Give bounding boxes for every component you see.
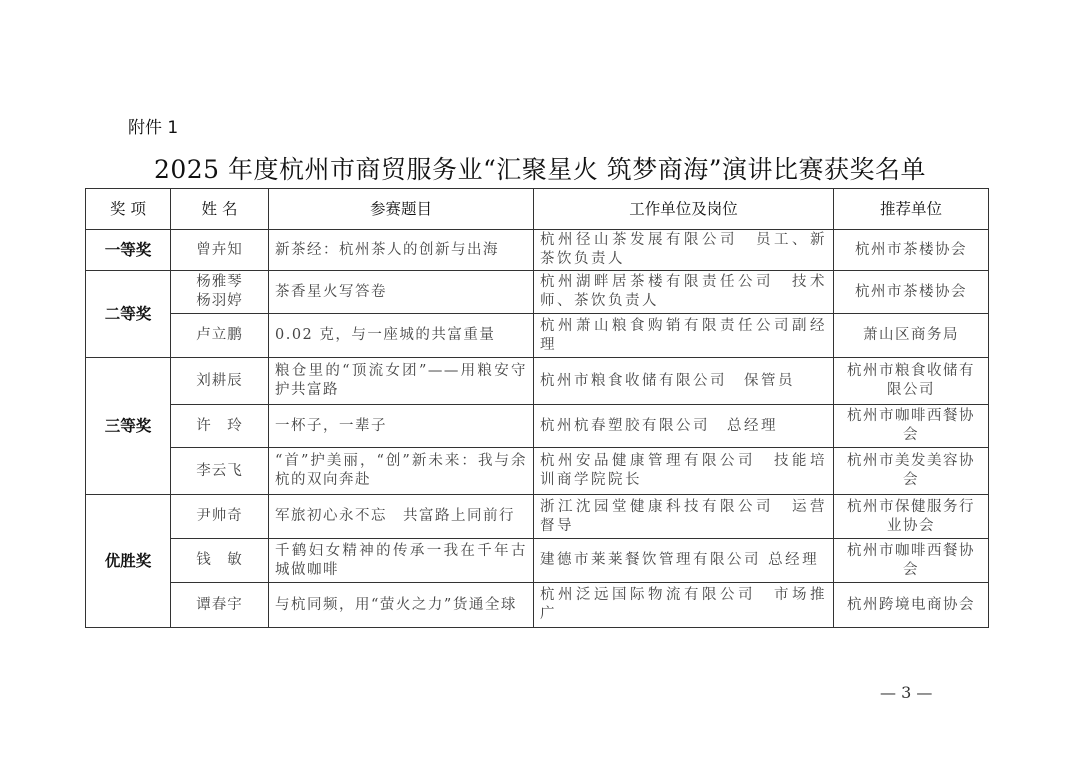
- awards-table: 奖 项 姓 名 参赛题目 工作单位及岗位 推荐单位 一等奖 曾卉知 新茶经：杭州…: [85, 188, 989, 628]
- table-row: 钱 敏 千鹤妇女精神的传承一我在千年古城做咖啡 建德市莱莱餐饮管理有限公司 总经…: [86, 539, 989, 583]
- winner-name: 刘耕辰: [171, 358, 269, 405]
- work-unit: 杭州萧山粮食购销有限责任公司副经理: [534, 314, 834, 358]
- winner-name: 钱 敏: [171, 539, 269, 583]
- table-row: 卢立鹏 0.02 克，与一座城的共富重量 杭州萧山粮食购销有限责任公司副经理 萧…: [86, 314, 989, 358]
- speech-topic: 粮仓里的“顶流女团”——用粮安守护共富路: [269, 358, 534, 405]
- speech-topic: 茶香星火写答卷: [269, 271, 534, 314]
- recommender: 杭州市保健服务行业协会: [834, 495, 989, 539]
- recommender: 杭州市咖啡西餐协会: [834, 405, 989, 448]
- winner-name: 尹帅奇: [171, 495, 269, 539]
- speech-topic: 0.02 克，与一座城的共富重量: [269, 314, 534, 358]
- table-row: 三等奖 刘耕辰 粮仓里的“顶流女团”——用粮安守护共富路 杭州市粮食收储有限公司…: [86, 358, 989, 405]
- work-unit: 杭州径山茶发展有限公司 员工、新茶饮负责人: [534, 230, 834, 271]
- header-recommender: 推荐单位: [834, 189, 989, 230]
- winner-name: 杨雅琴 杨羽婷: [171, 271, 269, 314]
- table-row: 一等奖 曾卉知 新茶经：杭州茶人的创新与出海 杭州径山茶发展有限公司 员工、新茶…: [86, 230, 989, 271]
- award-level: 三等奖: [86, 358, 171, 495]
- recommender: 萧山区商务局: [834, 314, 989, 358]
- table-row: 谭春宇 与杭同频，用“萤火之力”货通全球 杭州泛远国际物流有限公司 市场推广 杭…: [86, 583, 989, 628]
- speech-topic: 一杯子，一辈子: [269, 405, 534, 448]
- header-name: 姓 名: [171, 189, 269, 230]
- speech-topic: “首”护美丽，“创”新未来：我与余杭的双向奔赴: [269, 448, 534, 495]
- winner-name: 卢立鹏: [171, 314, 269, 358]
- winner-name: 李云飞: [171, 448, 269, 495]
- header-org: 工作单位及岗位: [534, 189, 834, 230]
- recommender: 杭州跨境电商协会: [834, 583, 989, 628]
- document-title: 2025 年度杭州市商贸服务业“汇聚星火 筑梦商海”演讲比赛获奖名单: [100, 150, 980, 186]
- work-unit: 杭州杭春塑胶有限公司 总经理: [534, 405, 834, 448]
- recommender: 杭州市茶楼协会: [834, 230, 989, 271]
- award-level: 二等奖: [86, 271, 171, 358]
- award-level: 优胜奖: [86, 495, 171, 628]
- speech-topic: 千鹤妇女精神的传承一我在千年古城做咖啡: [269, 539, 534, 583]
- work-unit: 杭州安品健康管理有限公司 技能培训商学院院长: [534, 448, 834, 495]
- table-row: 优胜奖 尹帅奇 军旅初心永不忘 共富路上同前行 浙江沈园堂健康科技有限公司 运营…: [86, 495, 989, 539]
- recommender: 杭州市美发美容协会: [834, 448, 989, 495]
- recommender: 杭州市粮食收储有限公司: [834, 358, 989, 405]
- header-award: 奖 项: [86, 189, 171, 230]
- table-row: 许 玲 一杯子，一辈子 杭州杭春塑胶有限公司 总经理 杭州市咖啡西餐协会: [86, 405, 989, 448]
- table-row: 李云飞 “首”护美丽，“创”新未来：我与余杭的双向奔赴 杭州安品健康管理有限公司…: [86, 448, 989, 495]
- work-unit: 杭州湖畔居茶楼有限责任公司 技术师、茶饮负责人: [534, 271, 834, 314]
- speech-topic: 新茶经：杭州茶人的创新与出海: [269, 230, 534, 271]
- attachment-label: 附件 1: [128, 113, 178, 138]
- winner-name: 曾卉知: [171, 230, 269, 271]
- page-number: — 3 —: [880, 683, 932, 702]
- award-level: 一等奖: [86, 230, 171, 271]
- work-unit: 杭州市粮食收储有限公司 保管员: [534, 358, 834, 405]
- header-topic: 参赛题目: [269, 189, 534, 230]
- work-unit: 杭州泛远国际物流有限公司 市场推广: [534, 583, 834, 628]
- speech-topic: 与杭同频，用“萤火之力”货通全球: [269, 583, 534, 628]
- speech-topic: 军旅初心永不忘 共富路上同前行: [269, 495, 534, 539]
- recommender: 杭州市咖啡西餐协会: [834, 539, 989, 583]
- recommender: 杭州市茶楼协会: [834, 271, 989, 314]
- table-row: 二等奖 杨雅琴 杨羽婷 茶香星火写答卷 杭州湖畔居茶楼有限责任公司 技术师、茶饮…: [86, 271, 989, 314]
- winner-name: 谭春宇: [171, 583, 269, 628]
- table-header-row: 奖 项 姓 名 参赛题目 工作单位及岗位 推荐单位: [86, 189, 989, 230]
- work-unit: 浙江沈园堂健康科技有限公司 运营督导: [534, 495, 834, 539]
- winner-name: 许 玲: [171, 405, 269, 448]
- work-unit: 建德市莱莱餐饮管理有限公司 总经理: [534, 539, 834, 583]
